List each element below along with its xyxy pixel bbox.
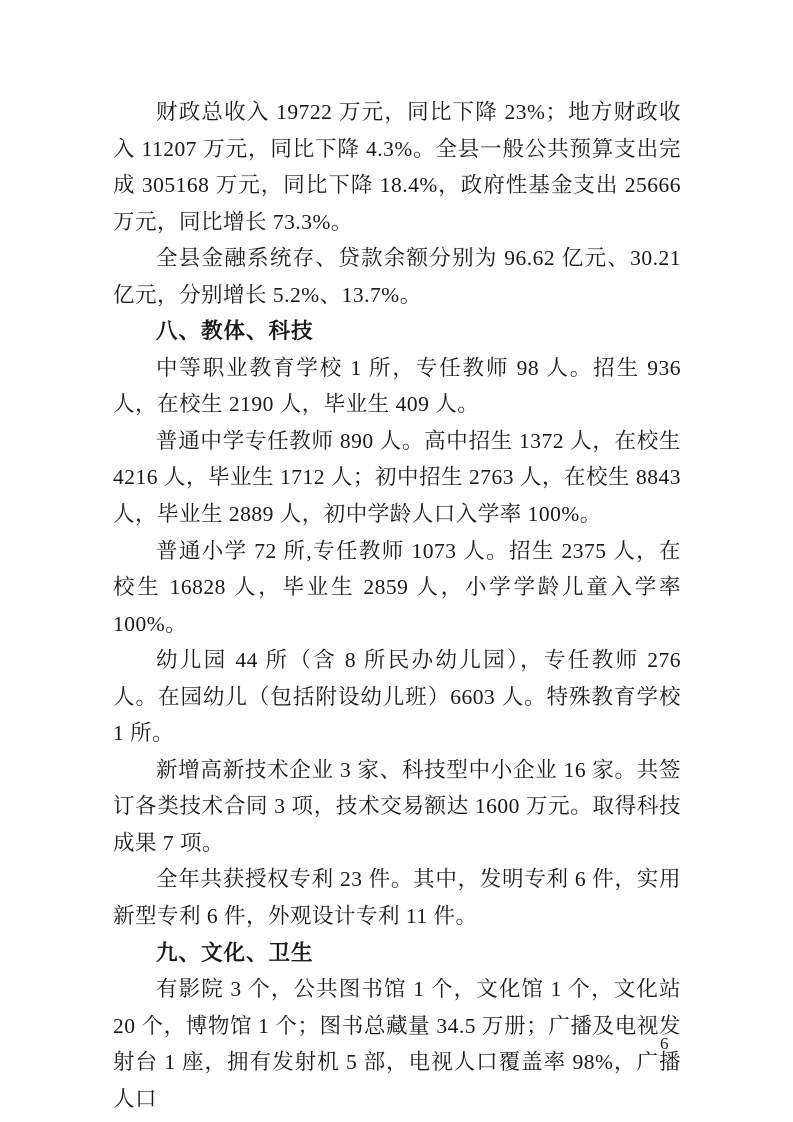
section-heading-culture-health: 九、文化、卫生 [113, 935, 681, 972]
document-page: 财政总收入 19722 万元，同比下降 23%；地方财政收入 11207 万元，… [0, 0, 793, 1122]
paragraph-patents: 全年共获授权专利 23 件。其中，发明专利 6 件，实用新型专利 6 件，外观设… [113, 861, 681, 934]
paragraph-tech-enterprises: 新增高新技术企业 3 家、科技型中小企业 16 家。共签订各类技术合同 3 项，… [113, 752, 681, 862]
paragraph-middle-school: 普通中学专任教师 890 人。高中招生 1372 人，在校生 4216 人，毕业… [113, 423, 681, 533]
paragraph-finance-revenue: 财政总收入 19722 万元，同比下降 23%；地方财政收入 11207 万元，… [113, 94, 681, 240]
section-heading-education-science: 八、教体、科技 [113, 313, 681, 350]
paragraph-vocational-school: 中等职业教育学校 1 所，专任教师 98 人。招生 936 人，在校生 2190… [113, 350, 681, 423]
paragraph-culture-facilities: 有影院 3 个，公共图书馆 1 个，文化馆 1 个，文化站 20 个，博物馆 1… [113, 971, 681, 1117]
page-number: 6 [660, 1034, 669, 1054]
paragraph-banking: 全县金融系统存、贷款余额分别为 96.62 亿元、30.21 亿元，分别增长 5… [113, 240, 681, 313]
document-body: 财政总收入 19722 万元，同比下降 23%；地方财政收入 11207 万元，… [113, 94, 681, 1117]
paragraph-primary-school: 普通小学 72 所,专任教师 1073 人。招生 2375 人，在校生 1682… [113, 533, 681, 643]
paragraph-kindergarten: 幼儿园 44 所（含 8 所民办幼儿园），专任教师 276 人。在园幼儿（包括附… [113, 642, 681, 752]
